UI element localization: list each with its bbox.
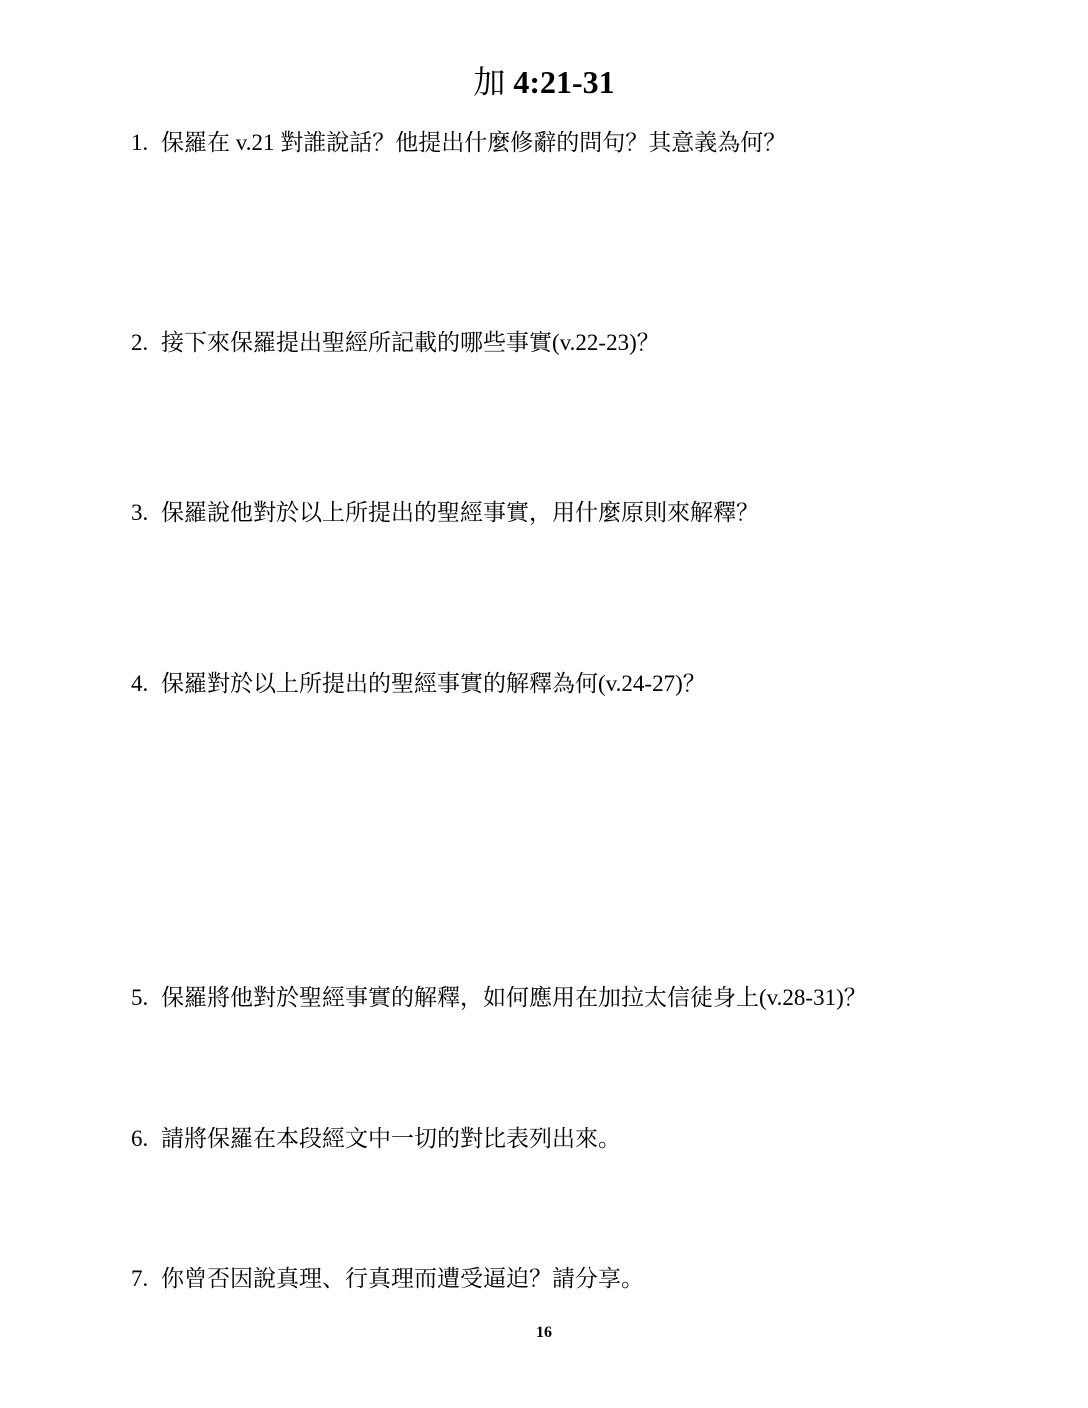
question-number: 6.	[131, 1124, 161, 1154]
title-book: 加	[473, 64, 505, 100]
question-number: 2.	[131, 328, 161, 358]
question-7: 7.你曾否因說真理、行真理而遭受逼迫？請分享。	[131, 1264, 644, 1294]
page-title: 加 4:21-31	[0, 62, 1088, 102]
question-text: 接下來保羅提出聖經所記載的哪些事實(v.22-23)？	[161, 330, 660, 355]
question-6: 6.請將保羅在本段經文中一切的對比表列出來。	[131, 1124, 621, 1154]
question-number: 4.	[131, 669, 161, 699]
question-4: 4.保羅對於以上所提出的聖經事實的解釋為何(v.24-27)？	[131, 669, 706, 699]
question-text: 保羅在 v.21 對誰說話？他提出什麼修辭的問句？其意義為何？	[161, 130, 786, 155]
question-text: 請將保羅在本段經文中一切的對比表列出來。	[161, 1126, 621, 1151]
question-text: 保羅將他對於聖經事實的解釋，如何應用在加拉太信徒身上(v.28-31)？	[161, 985, 867, 1010]
page-number: 16	[0, 1322, 1088, 1344]
question-2: 2.接下來保羅提出聖經所記載的哪些事實(v.22-23)？	[131, 328, 660, 358]
question-3: 3.保羅說他對於以上所提出的聖經事實，用什麼原則來解釋？	[131, 498, 759, 528]
question-text: 你曾否因說真理、行真理而遭受逼迫？請分享。	[161, 1266, 644, 1291]
question-number: 5.	[131, 983, 161, 1013]
question-1: 1.保羅在 v.21 對誰說話？他提出什麼修辭的問句？其意義為何？	[131, 128, 786, 158]
question-text: 保羅說他對於以上所提出的聖經事實，用什麼原則來解釋？	[161, 500, 759, 525]
question-number: 3.	[131, 498, 161, 528]
question-number: 7.	[131, 1264, 161, 1294]
question-5: 5.保羅將他對於聖經事實的解釋，如何應用在加拉太信徒身上(v.28-31)？	[131, 983, 867, 1013]
question-number: 1.	[131, 128, 161, 158]
title-reference: 4:21-31	[513, 64, 614, 100]
question-text: 保羅對於以上所提出的聖經事實的解釋為何(v.24-27)？	[161, 671, 706, 696]
